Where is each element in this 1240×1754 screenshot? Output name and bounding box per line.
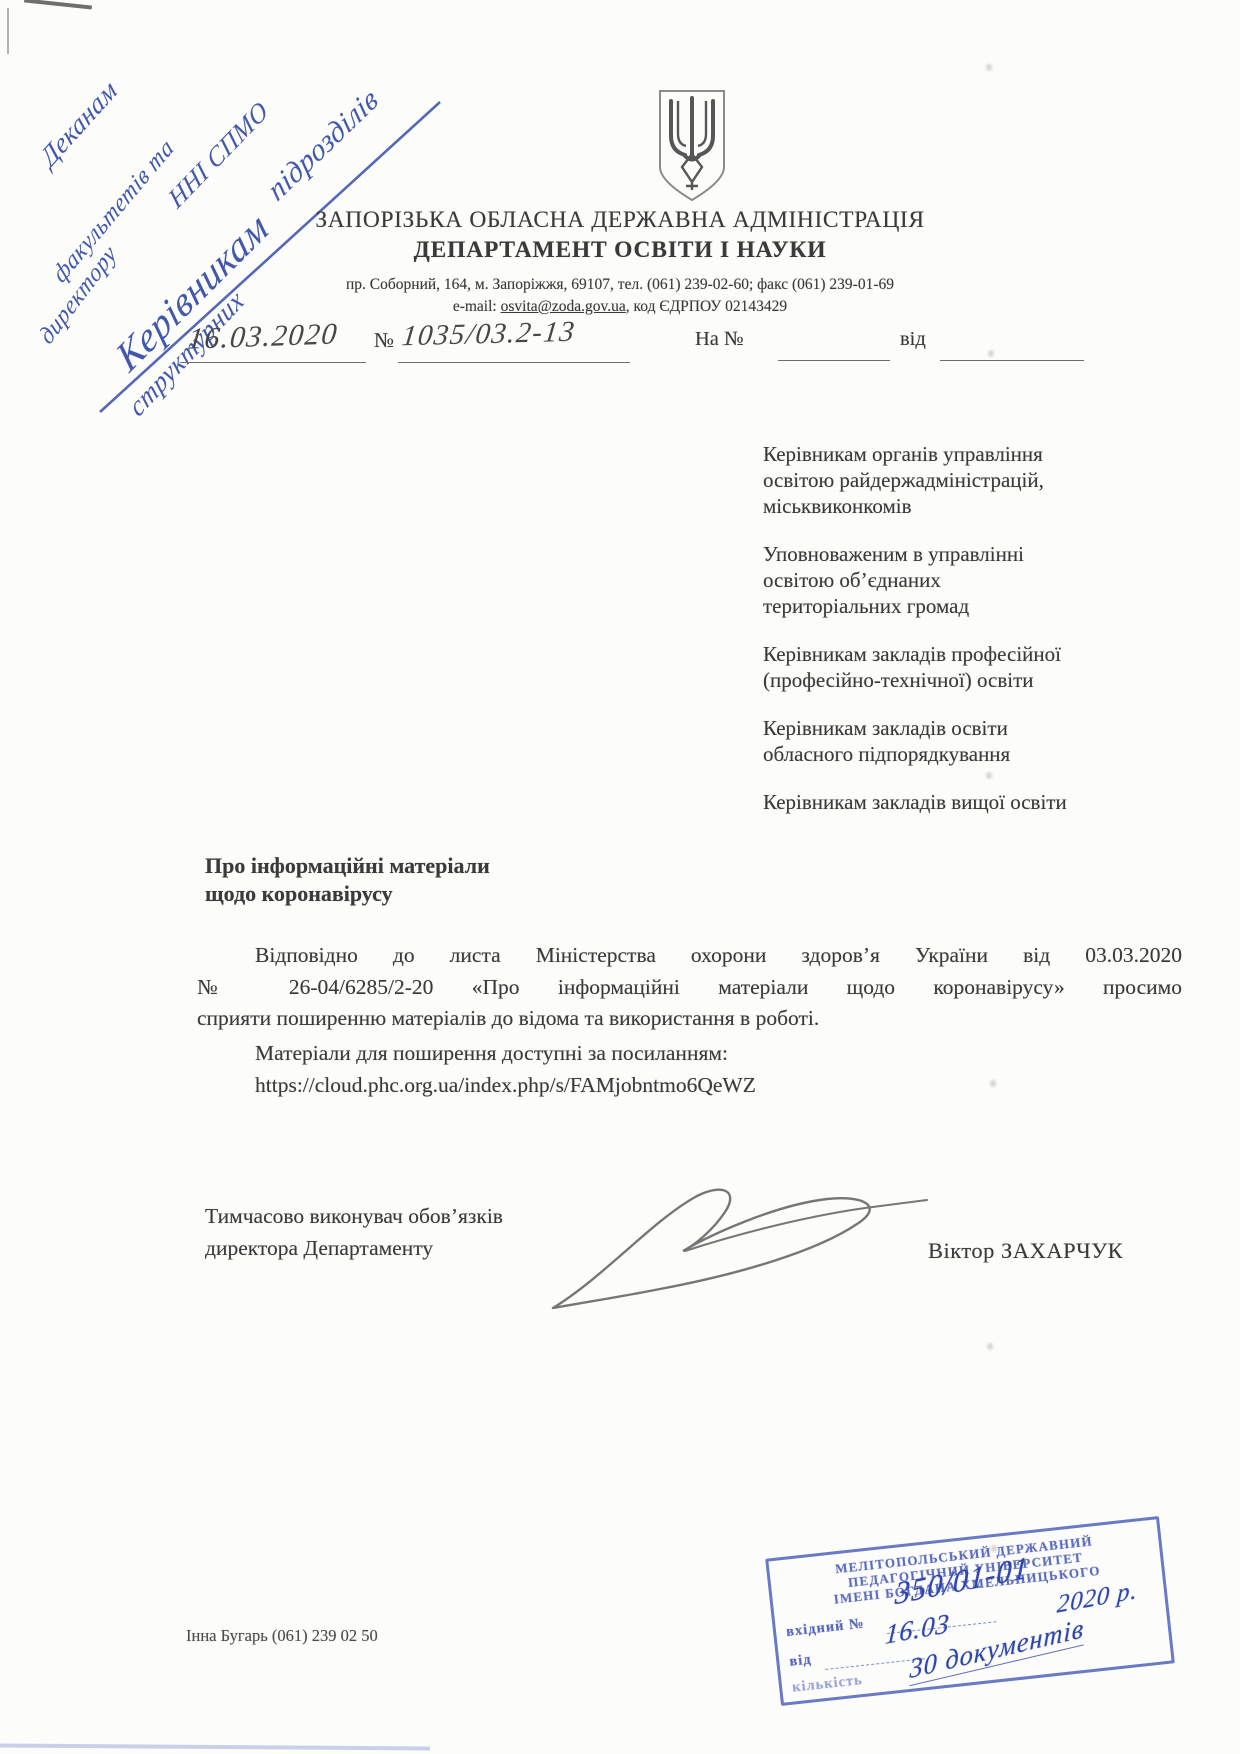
outgoing-date-handwritten: 16.03.2020: [186, 317, 339, 356]
recipient-line: Керівникам закладів вищої освіти: [763, 789, 1173, 815]
email-address[interactable]: osvita@zoda.gov.ua: [501, 298, 626, 315]
recipient-group: Керівникам органів управління освітою ра…: [763, 441, 1173, 519]
body-line: сприяти поширенню матеріалів до відома т…: [197, 1003, 1182, 1035]
recipient-line: (професійно-технічної) освіти: [763, 667, 1173, 693]
body-line-materials: Матеріали для поширення доступні за поси…: [255, 1038, 728, 1070]
scan-speck: [990, 1080, 996, 1087]
outgoing-number-handwritten: 1035/03.2-13: [400, 316, 577, 354]
stamp-field-from: від: [789, 1651, 813, 1670]
vid-label: від: [900, 328, 926, 351]
recipients-block: Керівникам органів управління освітою ра…: [763, 441, 1173, 837]
date-underline: [180, 361, 366, 363]
ukraine-trident-emblem: [655, 88, 729, 204]
number-underline: [398, 361, 630, 363]
scan-speck: [988, 350, 994, 357]
recipient-group: Уповноваженим в управлінні освітою об’єд…: [763, 541, 1173, 619]
signatory-name: Віктор ЗАХАРЧУК: [928, 1238, 1123, 1264]
signatory-title-line: директора Департаменту: [205, 1232, 503, 1264]
scan-speck: [986, 64, 992, 71]
registration-stamp: МЕЛІТОПОЛЬСЬКИЙ ДЕРЖАВНИЙ ПЕДАГОГІЧНИЙ У…: [765, 1516, 1175, 1706]
scan-bottom-streak: [0, 1743, 430, 1750]
body-line: № 26-04/6285/2-20 «Про інформаційні мате…: [197, 972, 1182, 1004]
org-address: пр. Соборний, 164, м. Запоріжжя, 69107, …: [0, 276, 1240, 294]
recipient-group: Керівникам закладів вищої освіти: [763, 789, 1173, 815]
recipient-line: Керівникам органів управління: [763, 441, 1173, 467]
recipient-line: Керівникам закладів професійної: [763, 641, 1173, 667]
stamp-field-incoming: вхідний №: [785, 1616, 865, 1641]
recipient-line: обласного підпорядкування: [763, 741, 1173, 767]
body-paragraph: Відповідно до листа Міністерства охорони…: [197, 940, 1182, 1035]
recipient-group: Керівникам закладів освіти обласного під…: [763, 715, 1173, 767]
recipient-line: освітою райдержадміністрацій,: [763, 467, 1173, 493]
executor-contact: Інна Бугарь (061) 239 02 50: [186, 1626, 378, 1646]
vid-underline: [940, 359, 1084, 361]
recipient-line: Уповноваженим в управлінні: [763, 541, 1173, 567]
recipient-line: освітою об’єднаних: [763, 567, 1173, 593]
scan-speck: [987, 1343, 993, 1350]
signatory-title: Тимчасово виконувач обов’язків директора…: [205, 1200, 503, 1264]
recipient-group: Керівникам закладів професійної (професі…: [763, 641, 1173, 693]
signature: [535, 1178, 965, 1318]
stamp-handwritten-year: 2020 р.: [1056, 1577, 1139, 1620]
stamp-field-count: кількість: [791, 1672, 863, 1697]
org-email-line: e-mail: osvita@zoda.gov.ua, код ЄДРПОУ 0…: [0, 298, 1240, 316]
subject-line: щодо коронавірусу: [205, 880, 490, 908]
number-sign: №: [374, 328, 394, 353]
stamp-handwritten-date: 16.03: [884, 1608, 951, 1652]
recipient-line: міськвиконкомів: [763, 493, 1173, 519]
na-no-label: На №: [695, 328, 744, 351]
materials-link[interactable]: https://cloud.phc.org.ua/index.php/s/FAM…: [255, 1070, 756, 1102]
scan-edge-mark: [24, 0, 92, 10]
subject-line: Про інформаційні матеріали: [205, 852, 490, 880]
recipient-line: територіальних громад: [763, 593, 1173, 619]
org-name-line2: ДЕПАРТАМЕНТ ОСВІТИ І НАУКИ: [0, 237, 1240, 264]
email-label: e-mail:: [453, 298, 501, 315]
edrpou-code: , код ЄДРПОУ 02143429: [626, 298, 787, 315]
recipient-line: Керівникам закладів освіти: [763, 715, 1173, 741]
subject-block: Про інформаційні матеріали щодо коронаві…: [205, 852, 490, 908]
org-name-line1: ЗАПОРІЗЬКА ОБЛАСНА ДЕРЖАВНА АДМІНІСТРАЦІ…: [0, 207, 1240, 234]
body-line: Відповідно до листа Міністерства охорони…: [197, 940, 1182, 972]
signatory-title-line: Тимчасово виконувач обов’язків: [205, 1200, 503, 1232]
na-no-underline: [778, 359, 890, 361]
scanned-letter-page: Деканам факультетів та директору ННІ СПМ…: [0, 0, 1240, 1754]
